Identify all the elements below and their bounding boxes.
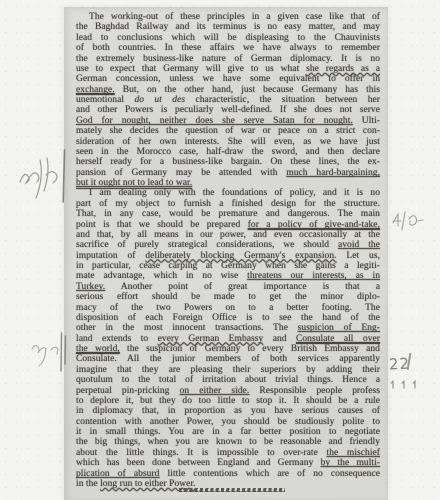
text-line: of both countries. In these affairs we h…	[76, 43, 380, 53]
left-margin-scribble-1	[18, 154, 62, 202]
text-line: the world, the suspicion of Germany to e…	[76, 344, 380, 354]
margin-tick-marks	[389, 379, 421, 390]
text-line: macy of the two Powers on to a better fo…	[76, 303, 380, 313]
text-line: and other Powers is peculiarly well-defi…	[76, 105, 380, 115]
text-line: Consulate. All the junior members of bot…	[76, 354, 380, 364]
pencil-underline: plication of absurd	[76, 469, 159, 479]
text-line: seen in the Morocco case, half-draw the …	[76, 147, 380, 157]
text-line: the big things, when you are known to be…	[76, 437, 380, 447]
text-line: other in the most innocent transactions.…	[76, 323, 380, 333]
text-line: imagine that they are pleasing their sup…	[76, 365, 380, 375]
pencil-underline: but it ought not to lead to war.	[76, 178, 192, 188]
scribble-icon	[18, 154, 62, 202]
text-line: sacrifice of purely strategical consider…	[76, 240, 380, 250]
text-line: exchange. But, on the other hand, just b…	[76, 85, 380, 95]
text-line: point is that we should be prepared for …	[76, 220, 380, 230]
italic-phrase: do ut des	[134, 95, 185, 105]
pencil-underline: God for nought, neither does she serve S…	[76, 116, 353, 126]
text-line: The working-out of these principles in a…	[76, 12, 380, 22]
text-line: I am dealing only with the foundations o…	[76, 188, 380, 198]
scanned-document-page: { "page": { "paragraphs": [ { "lines": […	[0, 0, 440, 500]
text-line: and that, by all means in our power, and…	[76, 230, 380, 240]
pencil-lines-icon	[59, 331, 67, 373]
text-line: God for nought, neither does she serve S…	[76, 116, 380, 126]
pencil-underline: every German Embassy	[158, 334, 264, 344]
text-line: but it ought not to lead to war.	[76, 178, 380, 188]
pencil-underline: by the multi-	[321, 458, 380, 468]
pencil-underline: on either side.	[180, 386, 250, 396]
text-line: imputation of deliberately blocking Germ…	[76, 251, 380, 261]
hatched-divider	[179, 488, 285, 492]
scribble-icon	[390, 209, 424, 233]
text-line: use to expect that Germany will give to …	[76, 64, 380, 74]
left-margin-double-stroke	[59, 331, 67, 373]
tick-marks-icon	[389, 379, 421, 390]
text-line: in diplomacy that, in proportion as you …	[76, 406, 380, 416]
text-line: disposition of each Foreign Office is to…	[76, 313, 380, 323]
text-line: That, in any case, would be premature an…	[76, 209, 380, 219]
pencil-line-icon	[61, 148, 67, 204]
text-line: the Baghdad Railway and its terminus is …	[76, 22, 380, 32]
text-line: herself ready for a business-like bargai…	[76, 157, 380, 167]
pencil-underline: the world,	[76, 344, 120, 354]
pencil-underline: avoid the	[338, 240, 380, 250]
text-line: about the little things. It is impossibl…	[76, 448, 380, 458]
text-line: land extends to every German Embassy and…	[76, 334, 380, 344]
paragraph-2: I am dealing only with the foundations o…	[76, 188, 380, 489]
text-line: it in small things. You are in a far bet…	[76, 427, 380, 437]
text-line: sideration of her own interests. She wil…	[76, 137, 380, 147]
text-line: to deplore it, but they do too little to…	[76, 396, 380, 406]
pencil-underline: exchange.	[76, 85, 115, 95]
paragraph-1: The working-out of these principles in a…	[76, 12, 380, 188]
text-line: German concession, unless we have some e…	[76, 74, 380, 84]
text-line: lead to conclusions which will be disple…	[76, 33, 380, 43]
pencil-underline: much hard-bargaining,	[286, 168, 380, 178]
text-line: pansion of Germany may be attended with …	[76, 168, 380, 178]
printed-text-block: The working-out of these principles in a…	[64, 7, 388, 500]
text-line: which has been done between England and …	[76, 458, 380, 468]
text-line: contention with another Power, you shoul…	[76, 417, 380, 427]
pencil-underline: suspicion of Eng-	[298, 323, 380, 333]
text-line: unemotional do ut des characteristic, th…	[76, 95, 380, 105]
left-margin-bracket-line	[61, 148, 67, 204]
text-line: perpetual pin-pricking on either side. R…	[76, 386, 380, 396]
text-line: Turkey. Another point of great importanc…	[76, 282, 380, 292]
pencil-underline: Turkey.	[76, 282, 105, 292]
text-line: part of my object to furnish a finished …	[76, 199, 380, 209]
text-line: the extremely business-like nature of Ge…	[76, 54, 380, 64]
text-line: mately she decides the question of war o…	[76, 126, 380, 136]
right-margin-scribble	[390, 209, 424, 233]
pencil-underline: she regards as a	[306, 64, 380, 74]
text-line: serious effort should be made to get the…	[76, 292, 380, 302]
pencil-underline: threatens our interests, as in	[247, 271, 380, 281]
pencil-underline: deliberately blocking Germany's expansio…	[145, 251, 336, 261]
pencil-underline: for a policy of give-and-take,	[248, 220, 380, 230]
pencil-underline: the mischief	[327, 448, 381, 458]
pencil-underline: Consulate all over	[296, 334, 380, 344]
text-line: plication of absurd little contentions w…	[76, 469, 380, 479]
text-line: in particular, cease carping at Germany …	[76, 261, 380, 271]
text-line: mate advantage, which in no wise threate…	[76, 271, 380, 281]
text-line: quotulum to the total of irritation abou…	[76, 375, 380, 385]
